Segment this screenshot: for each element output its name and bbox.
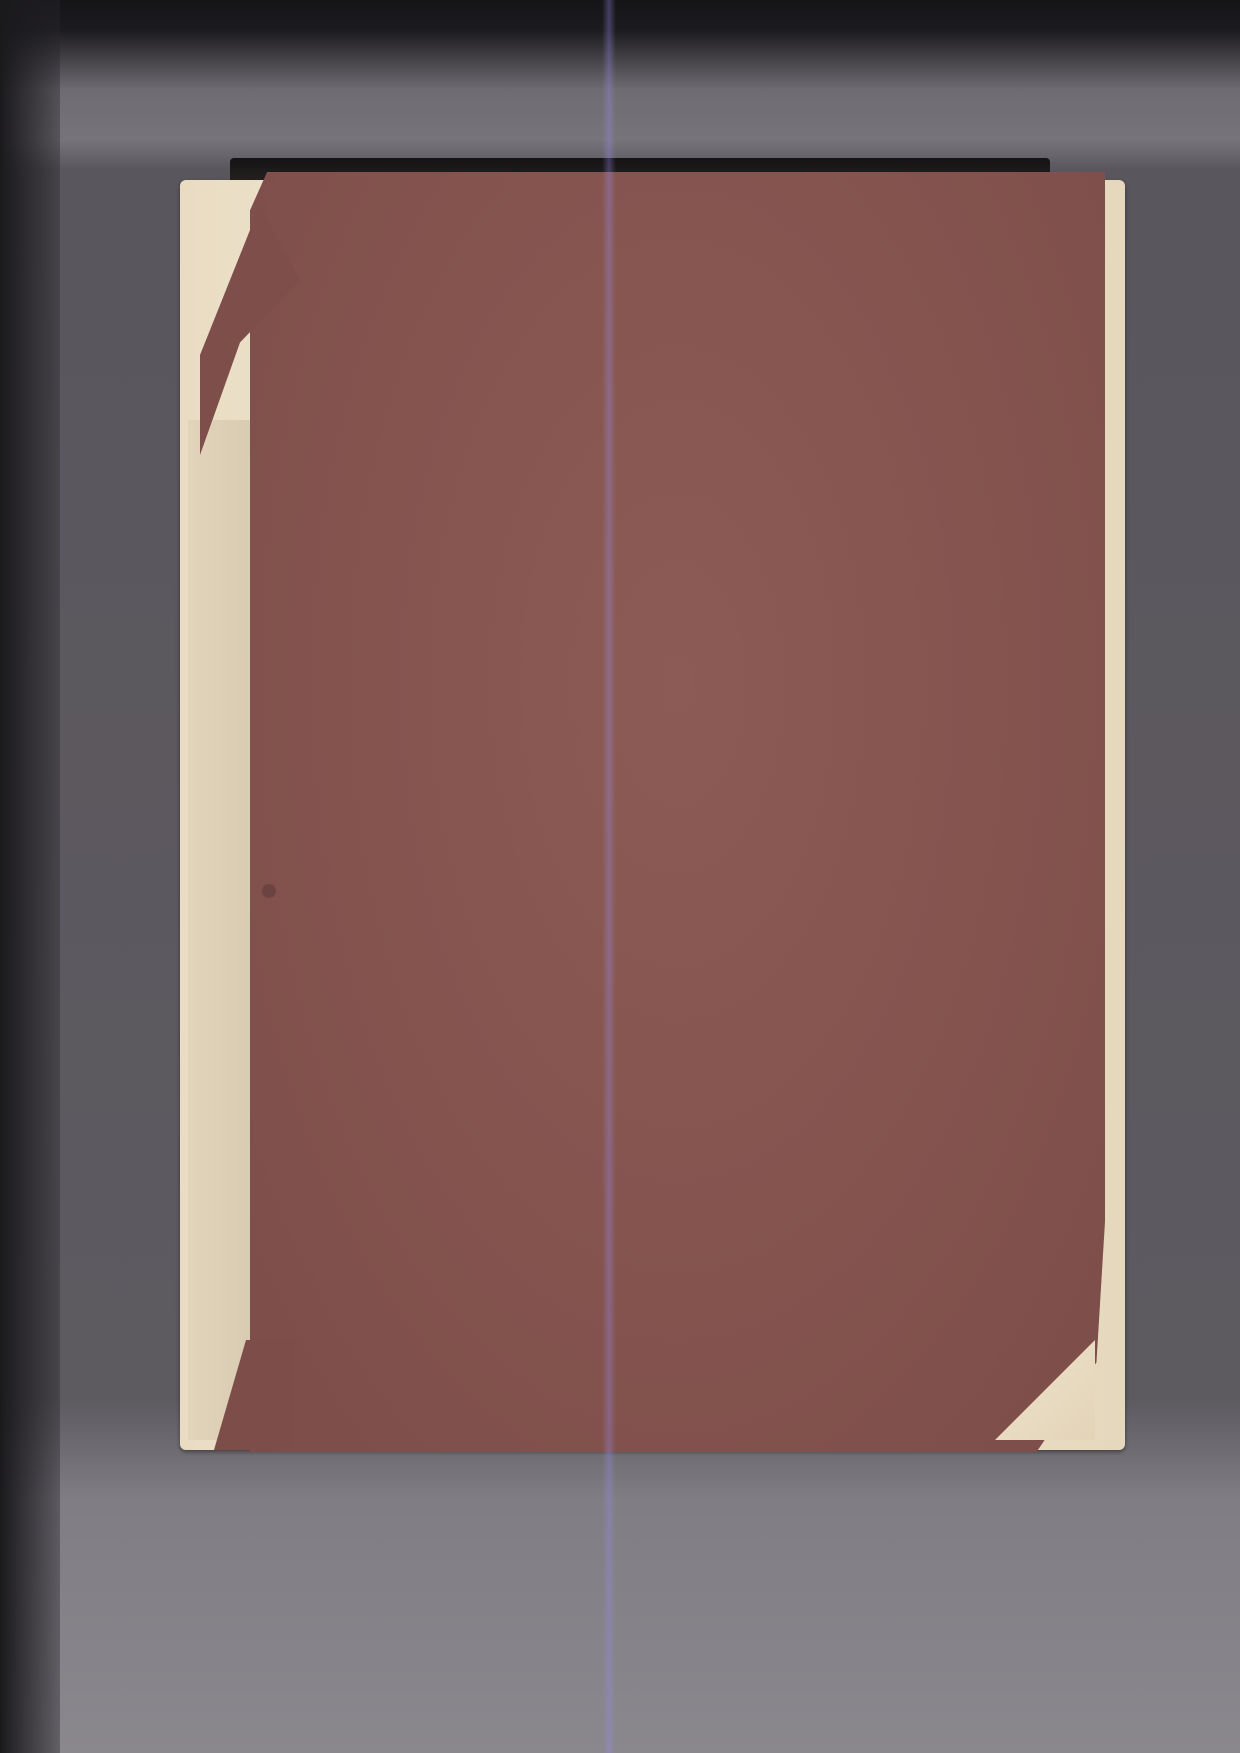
cover-stain: [262, 884, 276, 898]
book-cover: [250, 172, 1105, 1452]
book-binding-tape: [188, 420, 254, 1440]
scanner-shadow: [0, 0, 60, 1753]
